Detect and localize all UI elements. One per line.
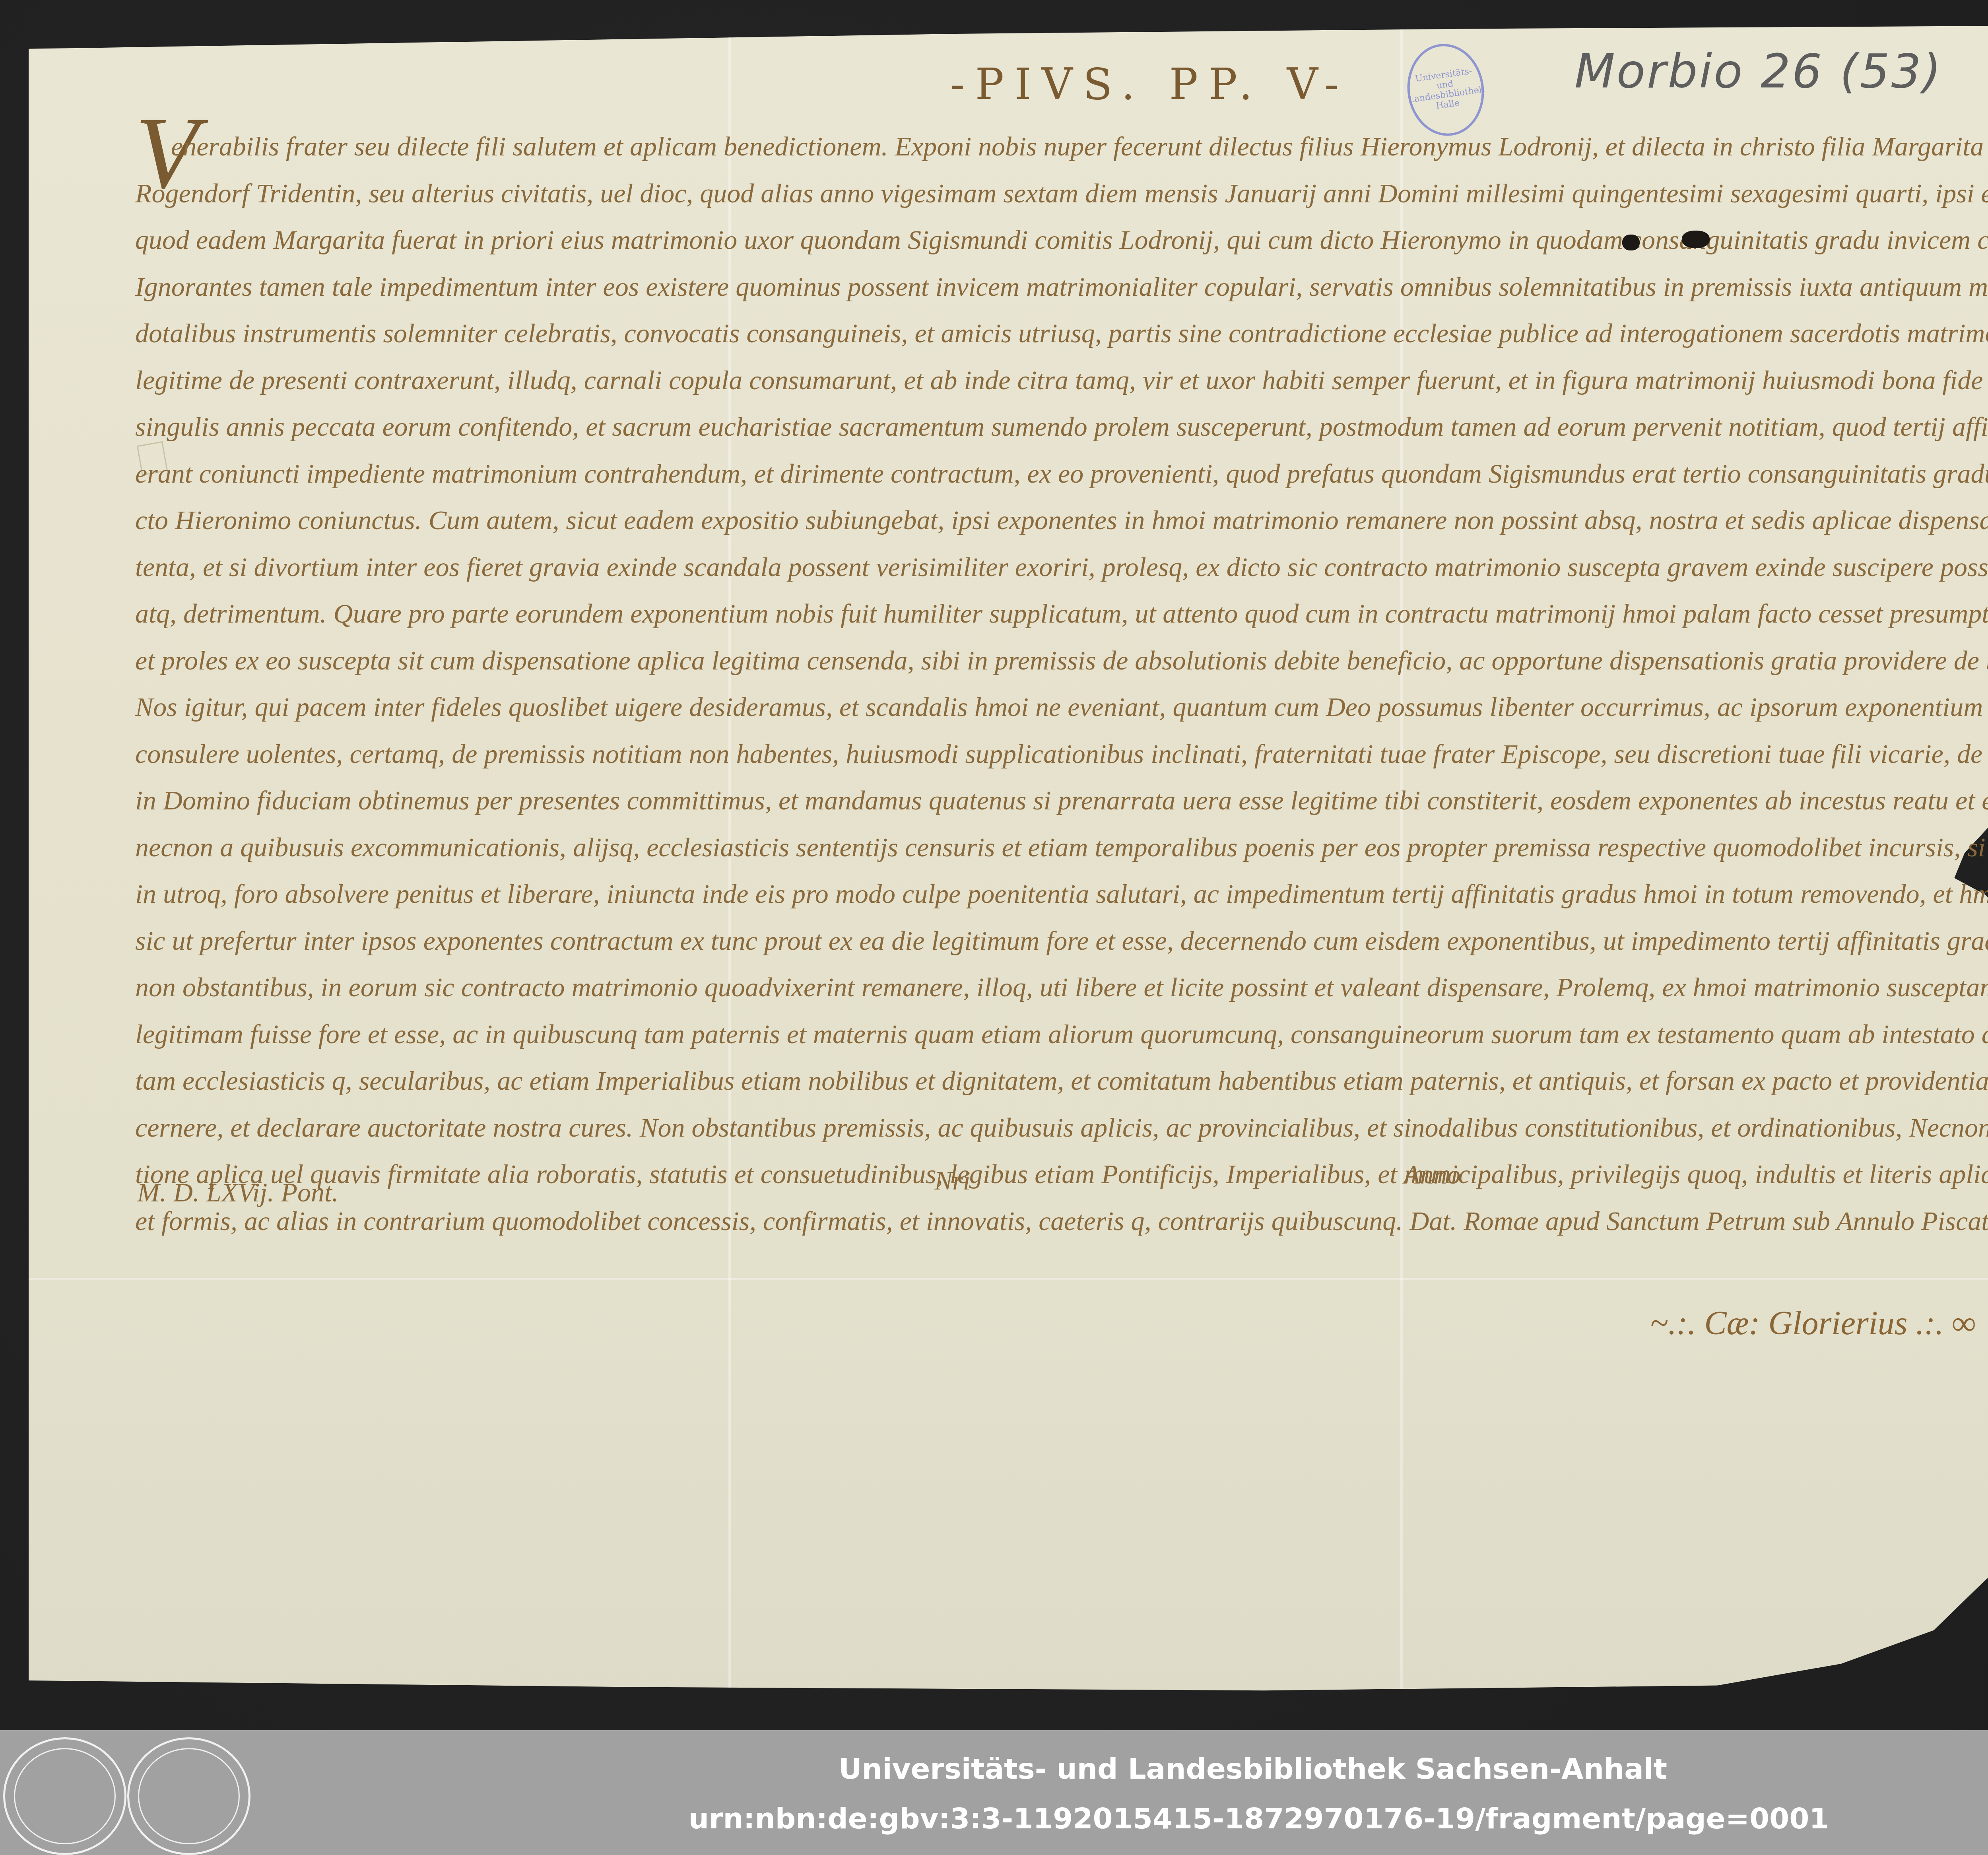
scribe-signature: ~.:. Cæ: Glorierius .:. ∞ [1650, 1304, 1976, 1343]
text-line: legitime de presenti contraxerunt, illud… [135, 357, 1988, 404]
shelfmark-annotation: Morbio 26 (53) [1574, 44, 1943, 99]
text-line: Rogendorf Tridentin, seu alterius civita… [135, 170, 1988, 217]
scan-background: -PIVS. PP. V- Universitäts- und Landesbi… [0, 0, 1988, 1730]
text-line: Ignorantes tamen tale impedimentum inter… [135, 264, 1988, 310]
text-line: in Domino fiduciam obtinemus per present… [135, 777, 1988, 824]
text-line: necnon a quibusuis excommunicationis, al… [135, 824, 1988, 871]
urn-identifier: urn:nbn:de:gbv:3:3-1192015415-1872970176… [0, 1802, 1988, 1835]
text-line: quod eadem Margarita fuerat in priori ei… [135, 217, 1988, 264]
text-line: tione aplica uel quavis firmitate alia r… [135, 1151, 1988, 1198]
text-line: tenta, et si divortium inter eos fieret … [135, 544, 1988, 591]
library-stamp-text: Universitäts- und Landesbibliothek Halle [1405, 65, 1486, 115]
dating-year: M. D. LXVij. Pont. [137, 1177, 339, 1208]
text-line: erant coniuncti impediente matrimonium c… [135, 450, 1988, 497]
text-line: consulere uolentes, certamq, de premissi… [135, 731, 1988, 778]
text-line: enerabilis frater seu dilecte fili salut… [171, 123, 1988, 170]
text-line: et proles ex eo suscepta sit cum dispens… [135, 637, 1988, 684]
institution-name: Universitäts- und Landesbibliothek Sachs… [0, 1752, 1988, 1785]
text-line: cernere, et declarare auctoritate nostra… [135, 1104, 1988, 1151]
text-line: in utroq, foro absolvere penitus et libe… [135, 871, 1988, 918]
text-line: dotalibus instrumentis solemniter celebr… [135, 310, 1988, 357]
manuscript-text: enerabilis frater seu dilecte fili salut… [135, 123, 1988, 1244]
papal-heading: -PIVS. PP. V- [950, 60, 1349, 109]
ink-blot [1682, 231, 1710, 248]
dating-anno: Anno [1404, 1159, 1461, 1190]
text-line: legitimam fuisse fore et esse, ac in qui… [135, 1011, 1988, 1058]
ink-blot [1622, 235, 1640, 250]
text-line: tam ecclesiasticis q, secularibus, ac et… [135, 1058, 1988, 1104]
text-line: cto Hieronimo coniunctus. Cum autem, sic… [135, 497, 1988, 544]
text-line: et formis, ac alias in contrarium quomod… [135, 1198, 1988, 1245]
text-line: Nos igitur, qui pacem inter fideles quos… [135, 684, 1988, 731]
dating-nri: Nri [934, 1165, 971, 1196]
footer-bar: Universitäts- und Landesbibliothek Sachs… [0, 1730, 1988, 1855]
text-line: atq, detrimentum. Quare pro parte eorund… [135, 590, 1988, 637]
text-line: non obstantibus, in eorum sic contracto … [135, 964, 1988, 1011]
text-line: singulis annis peccata eorum confitendo,… [135, 404, 1988, 450]
text-line: sic ut prefertur inter ipsos exponentes … [135, 918, 1988, 964]
fold-line [29, 1278, 1988, 1280]
